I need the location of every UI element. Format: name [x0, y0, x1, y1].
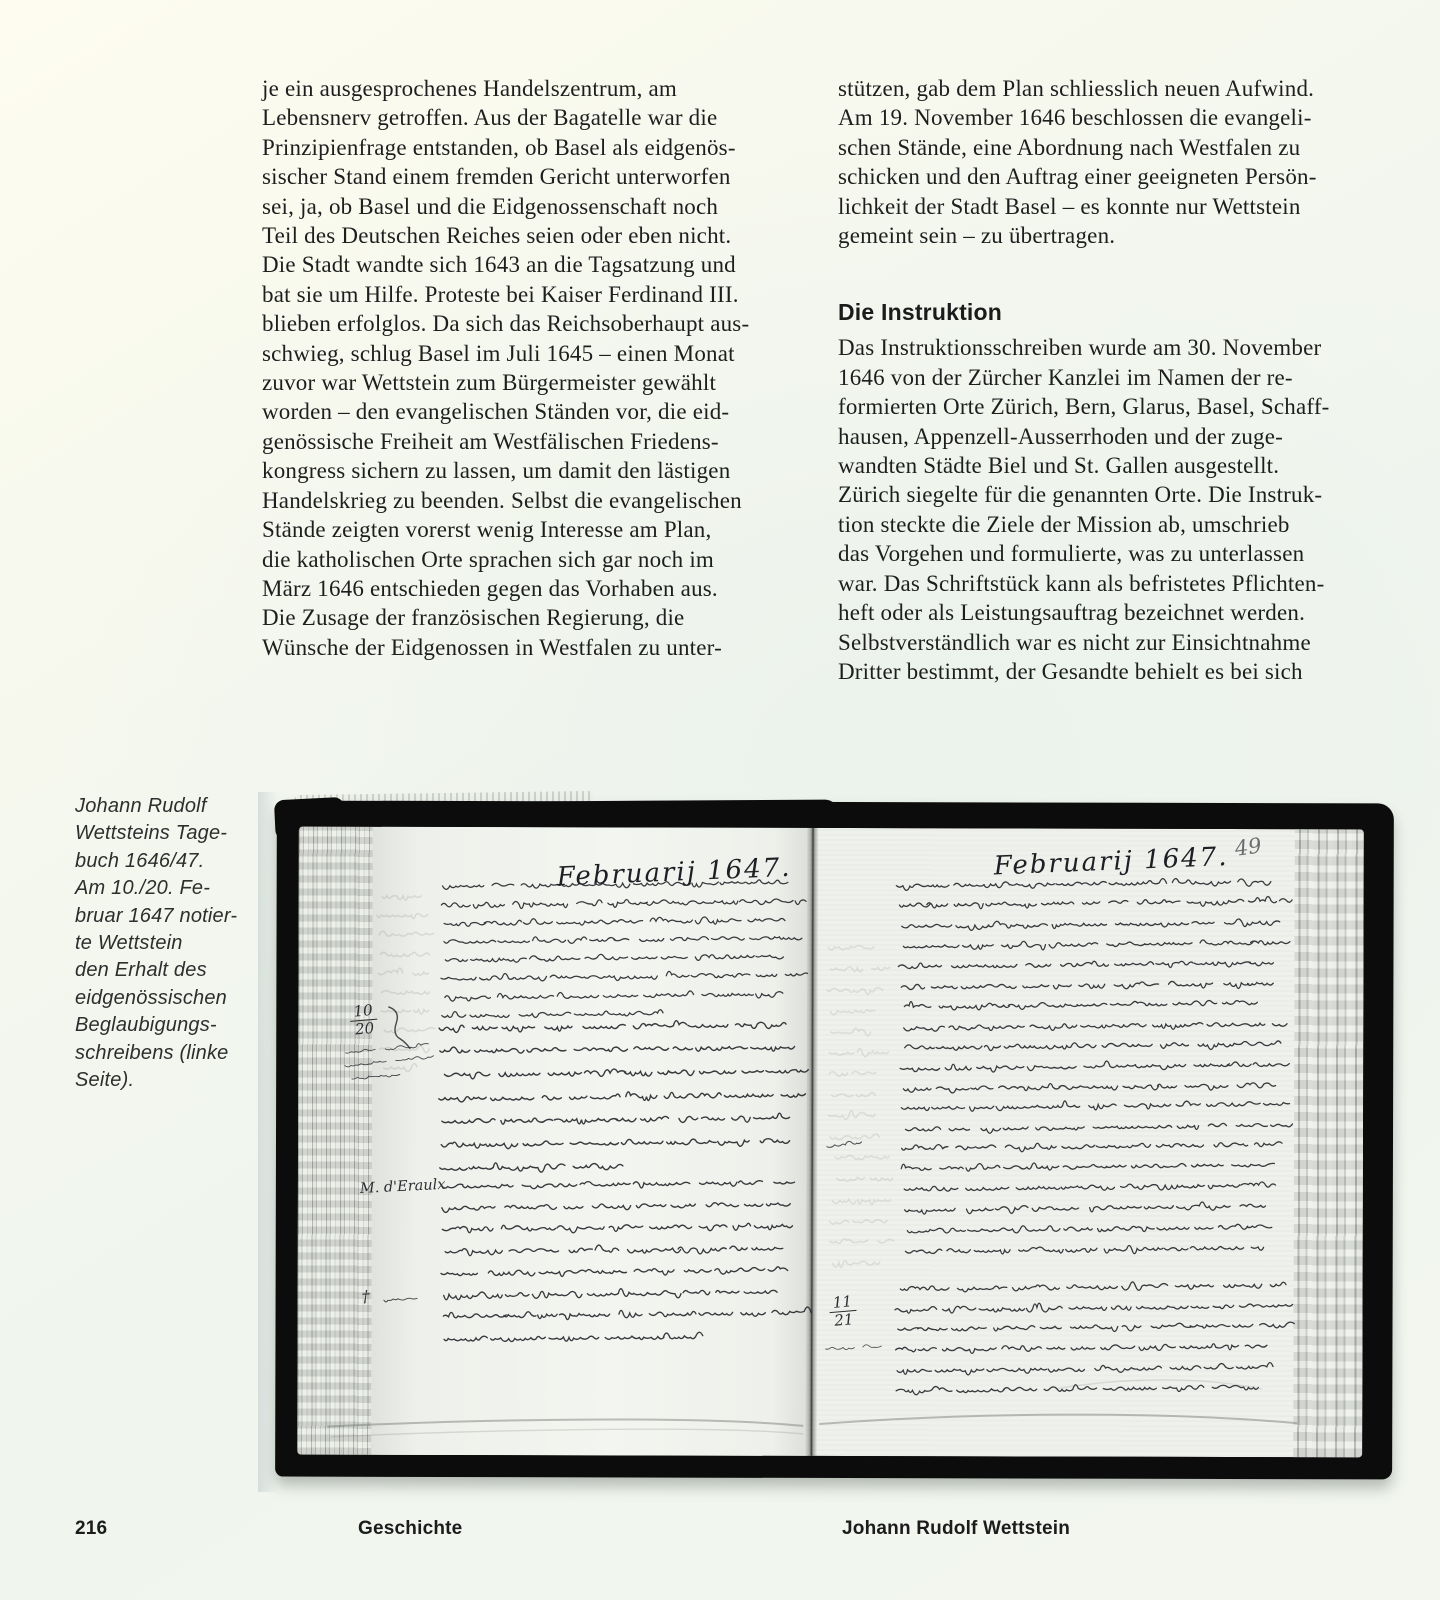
text-line: te Wettstein	[75, 930, 237, 957]
text-line: blieben erfolglos. Da sich das Reichsobe…	[262, 309, 749, 338]
text-line: schen Stände, eine Abordnung nach Westfa…	[838, 133, 1330, 162]
text-line: Handelskrieg zu beenden. Selbst die evan…	[262, 486, 749, 515]
folio-number: 49	[1233, 833, 1263, 860]
text-line: tion steckte die Ziele der Mission ab, u…	[838, 510, 1330, 539]
section-subheading: Die Instruktion	[838, 297, 1330, 327]
marginal-date-lower: 20	[350, 1020, 378, 1039]
text-line: genössische Freiheit am Westfälischen Fr…	[262, 427, 749, 456]
book-cover-frame: Februarij 1647. Februarij 1647. 49 10 20…	[275, 801, 1394, 1480]
right-manuscript-page	[815, 828, 1295, 1457]
text-line: stützen, gab dem Plan schliesslich neuen…	[838, 74, 1330, 103]
left-manuscript-page	[371, 827, 809, 1456]
text-line: heft oder als Leistungsauftrag bezeichne…	[838, 598, 1330, 627]
footer-article-label: Johann Rudolf Wettstein	[842, 1518, 1070, 1540]
marginal-date-lower: 21	[830, 1311, 858, 1330]
text-line: Die Stadt wandte sich 1643 an die Tagsat…	[262, 250, 749, 279]
text-line: worden – den evangelischen Ständen vor, …	[262, 397, 749, 426]
footer-section-label: Geschichte	[358, 1518, 462, 1540]
text-line: gemeint sein – zu übertragen.	[838, 221, 1330, 250]
text-line: Wünsche der Eidgenossen in Westfalen zu …	[262, 633, 749, 662]
marginal-date-10-20: 10 20	[349, 1002, 379, 1039]
text-line: Dritter bestimmt, der Gesandte behielt e…	[838, 657, 1330, 686]
text-line: Seite).	[75, 1067, 237, 1094]
text-line: die katholischen Orte sprachen sich gar …	[262, 545, 749, 574]
text-line: Das Instruktionsschreiben wurde am 30. N…	[838, 333, 1330, 362]
page-number: 216	[75, 1518, 107, 1540]
text-line: Die Zusage der französischen Regierung, …	[262, 603, 749, 632]
manuscript-photo: Februarij 1647. Februarij 1647. 49 10 20…	[258, 786, 1403, 1498]
text-line: Selbstverständlich war es nicht zur Eins…	[838, 628, 1330, 657]
text-line: Prinzipienfrage entstanden, ob Basel als…	[262, 133, 749, 162]
text-line: wandten Städte Biel und St. Gallen ausge…	[838, 451, 1330, 480]
text-line: Johann Rudolf	[75, 793, 237, 820]
text-line: schreibens (linke	[75, 1040, 237, 1067]
text-line: Stände zeigten vorerst wenig Interesse a…	[262, 515, 749, 544]
text-line: sei, ja, ob Basel und die Eidgenossensch…	[262, 192, 749, 221]
text-line: Beglaubigungs-	[75, 1012, 237, 1039]
article-right-para2: Das Instruktionsschreiben wurde am 30. N…	[838, 333, 1330, 686]
text-line: schicken und den Auftrag einer geeignete…	[838, 162, 1330, 191]
text-line: je ein ausgesprochenes Handelszentrum, a…	[262, 74, 749, 103]
text-line: Zürich siegelte für die genannten Orte. …	[838, 480, 1330, 509]
book-page: je ein ausgesprochenes Handelszentrum, a…	[0, 0, 1440, 1600]
text-line: März 1646 entschieden gegen das Vorhaben…	[262, 574, 749, 603]
text-line: Teil des Deutschen Reiches seien oder eb…	[262, 221, 749, 250]
text-line: buch 1646/47.	[75, 848, 237, 875]
text-line: das Vorgehen und formulierte, was zu unt…	[838, 539, 1330, 568]
text-line: Am 19. November 1646 beschlossen die eva…	[838, 103, 1330, 132]
image-caption: Johann RudolfWettsteins Tage-buch 1646/4…	[75, 793, 237, 1094]
text-line: zuvor war Wettstein zum Bürgermeister ge…	[262, 368, 749, 397]
text-line: Am 10./20. Fe-	[75, 875, 237, 902]
text-line: Lebensnerv getroffen. Aus der Bagatelle …	[262, 103, 749, 132]
article-right-para1: stützen, gab dem Plan schliesslich neuen…	[838, 74, 1330, 250]
text-line: bat sie um Hilfe. Proteste bei Kaiser Fe…	[262, 280, 749, 309]
text-line: eidgenössischen	[75, 985, 237, 1012]
text-line: war. Das Schriftstück kann als befristet…	[838, 569, 1330, 598]
article-left-column: je ein ausgesprochenes Handelszentrum, a…	[262, 74, 749, 662]
text-line: 1646 von der Zürcher Kanzlei im Namen de…	[838, 363, 1330, 392]
text-line: formierten Orte Zürich, Bern, Glarus, Ba…	[838, 392, 1330, 421]
text-line: hausen, Appenzell-Ausserrhoden und der z…	[838, 422, 1330, 451]
article-right-column: stützen, gab dem Plan schliesslich neuen…	[838, 74, 1330, 686]
text-line: den Erhalt des	[75, 957, 237, 984]
text-line: sischer Stand einem fremden Gericht unte…	[262, 162, 749, 191]
text-line: kongress sichern zu lassen, um damit den…	[262, 456, 749, 485]
marginal-cross-mark: †	[361, 1287, 370, 1306]
text-line: bruar 1647 notier-	[75, 903, 237, 930]
left-page-edges	[297, 827, 373, 1455]
right-page-edges	[1293, 829, 1364, 1457]
text-line: lichkeit der Stadt Basel – es konnte nur…	[838, 192, 1330, 221]
text-line: Wettsteins Tage-	[75, 820, 237, 847]
text-line: schwieg, schlug Basel im Juli 1645 – ein…	[262, 339, 749, 368]
marginal-date-11-21: 11 21	[828, 1293, 858, 1330]
open-book-pages: Februarij 1647. Februarij 1647. 49 10 20…	[297, 827, 1364, 1458]
